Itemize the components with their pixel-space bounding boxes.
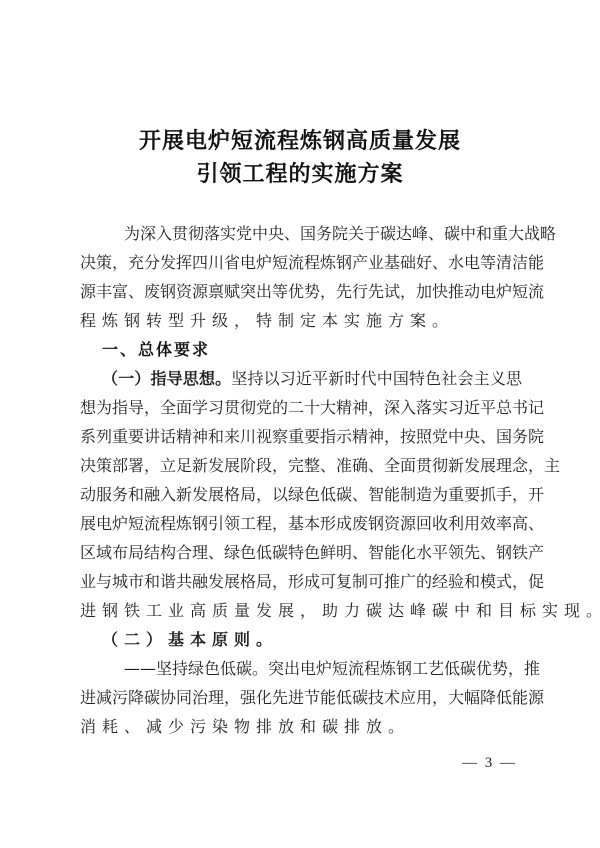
intro-line-2: 决策，充分发挥四川省电炉短流程炼钢产业基础好、水电等清洁能	[80, 248, 522, 277]
guiding-line-5: 动服务和融入新发展格局，以绿色低碳、智能制造为重要抓手，开	[80, 480, 522, 509]
guiding-line-7: 区域布局结构合理、绿色低碳特色鲜明、智能化水平领先、钢铁产	[80, 538, 522, 567]
principles-label-text: （二）基本原则。	[102, 630, 278, 649]
principles-line-1: ——坚持绿色低碳。突出电炉短流程炼钢工艺低碳优势，推	[80, 654, 522, 683]
guiding-line-1: （一）指导思想。坚持以习近平新时代中国特色社会主义思	[80, 364, 522, 393]
document-title-line-1: 开展电炉短流程炼钢高质量发展	[0, 124, 600, 155]
page-number: — 3 —	[462, 755, 517, 772]
document-body: 为深入贯彻落实党中央、国务院关于碳达峰、碳中和重大战略 决策，充分发挥四川省电炉…	[80, 219, 522, 741]
intro-line-3: 源丰富、废钢资源禀赋突出等优势，先行先试，加快推动电炉短流	[80, 277, 522, 306]
guiding-line-3: 系列重要讲话精神和来川视察重要指示精神，按照党中央、国务院	[80, 422, 522, 451]
intro-line-4: 程炼钢转型升级，特制定本实施方案。	[80, 306, 522, 335]
section-heading-general-requirements: 一、总体要求	[80, 335, 522, 364]
guiding-line-2: 想为指导，全面学习贯彻党的二十大精神，深入落实习近平总书记	[80, 393, 522, 422]
guiding-line-9: 进钢铁工业高质量发展，助力碳达峰碳中和目标实现。	[80, 596, 522, 625]
guiding-line-4: 决策部署，立足新发展阶段，完整、准确、全面贯彻新发展理念，主	[80, 451, 522, 480]
principles-line-3: 消耗、减少污染物排放和碳排放。	[80, 712, 522, 741]
guiding-label: （一）指导思想。	[102, 369, 231, 388]
principles-line-2: 进减污降碳协同治理，强化先进节能低碳技术应用，大幅降低能源	[80, 683, 522, 712]
intro-line-1: 为深入贯彻落实党中央、国务院关于碳达峰、碳中和重大战略	[80, 219, 522, 248]
document-title-line-2: 引领工程的实施方案	[0, 157, 600, 188]
principles-label: （二）基本原则。	[80, 625, 522, 654]
guiding-line-8: 业与城市和谐共融发展格局，形成可复制可推广的经验和模式，促	[80, 567, 522, 596]
document-page: 开展电炉短流程炼钢高质量发展 引领工程的实施方案 为深入贯彻落实党中央、国务院关…	[0, 0, 600, 848]
guiding-line-6: 展电炉短流程炼钢引领工程，基本形成废钢资源回收利用效率高、	[80, 509, 522, 538]
guiding-text-1: 坚持以习近平新时代中国特色社会主义思	[231, 369, 522, 388]
